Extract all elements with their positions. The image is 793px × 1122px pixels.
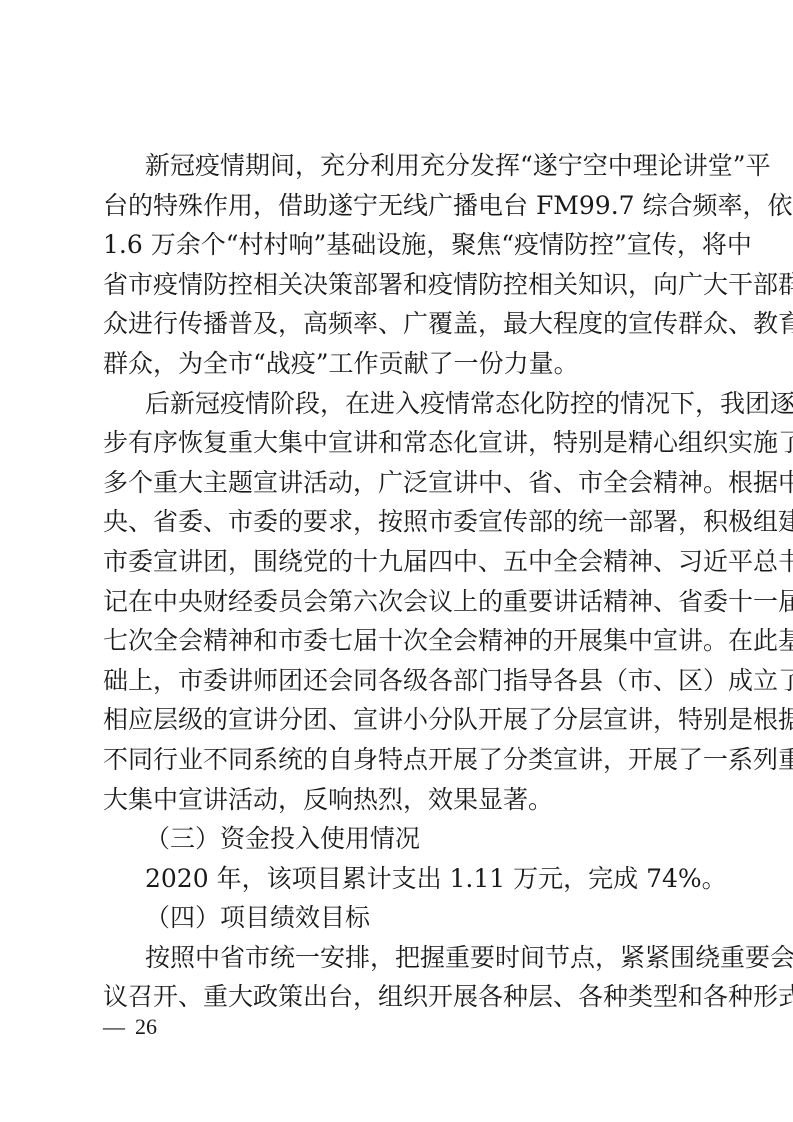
document-page: 新冠疫情期间，充分利用充分发挥“遂宁空中理论讲堂”平 台的特殊作用，借助遂宁无线… (0, 0, 793, 1122)
paragraph-line: 步有序恢复重大集中宣讲和常态化宣讲，特别是精心组织实施了 (103, 423, 691, 463)
paragraph-line: 新冠疫情期间，充分利用充分发挥“遂宁空中理论讲堂”平 (103, 146, 691, 186)
paragraph-line: 多个重大主题宣讲活动，广泛宣讲中、省、市全会精神。根据中 (103, 463, 691, 503)
body-text: 新冠疫情期间，充分利用充分发挥“遂宁空中理论讲堂”平 台的特殊作用，借助遂宁无线… (103, 146, 691, 1017)
paragraph-line: 后新冠疫情阶段，在进入疫情常态化防控的情况下，我团逐 (103, 384, 691, 424)
paragraph-line: 按照中省市统一安排，把握重要时间节点，紧紧围绕重要会 (103, 938, 691, 978)
footer-dash: — (103, 1014, 125, 1040)
paragraph-line: 相应层级的宣讲分团、宣讲小分队开展了分层宣讲，特别是根据 (103, 700, 691, 740)
paragraph-line: 记在中央财经委员会第六次会议上的重要讲话精神、省委十一届 (103, 582, 691, 622)
paragraph-line: 市委宣讲团，围绕党的十九届四中、五中全会精神、习近平总书 (103, 542, 691, 582)
paragraph-line: 大集中宣讲活动，反响热烈，效果显著。 (103, 780, 691, 820)
paragraph-line: 1.6 万余个“村村响”基础设施，聚焦“疫情防控”宣传，将中 (103, 225, 691, 265)
paragraph-line: 础上，市委讲师团还会同各级各部门指导各县（市、区）成立了 (103, 661, 691, 701)
paragraph-line: 台的特殊作用，借助遂宁无线广播电台 FM99.7 综合频率，依托 (103, 186, 691, 226)
paragraph-line: 省市疫情防控相关决策部署和疫情防控相关知识，向广大干部群 (103, 265, 691, 305)
page-footer: —26 (103, 1014, 157, 1040)
paragraph-line: 央、省委、市委的要求，按照市委宣传部的统一部署，积极组建 (103, 502, 691, 542)
paragraph-line: 议召开、重大政策出台，组织开展各种层、各种类型和各种形式 (103, 977, 691, 1017)
section-heading-performance-goals: （四）项目绩效目标 (103, 898, 691, 938)
paragraph-line: 众进行传播普及，高频率、广覆盖，最大程度的宣传群众、教育 (103, 304, 691, 344)
paragraph-line: 2020 年，该项目累计支出 1.11 万元，完成 74%。 (103, 859, 691, 899)
page-number: 26 (135, 1014, 157, 1039)
paragraph-line: 群众，为全市“战疫”工作贡献了一份力量。 (103, 344, 691, 384)
paragraph-line: 不同行业不同系统的自身特点开展了分类宣讲，开展了一系列重 (103, 740, 691, 780)
section-heading-funding: （三）资金投入使用情况 (103, 819, 691, 859)
paragraph-line: 七次全会精神和市委七届十次全会精神的开展集中宣讲。在此基 (103, 621, 691, 661)
